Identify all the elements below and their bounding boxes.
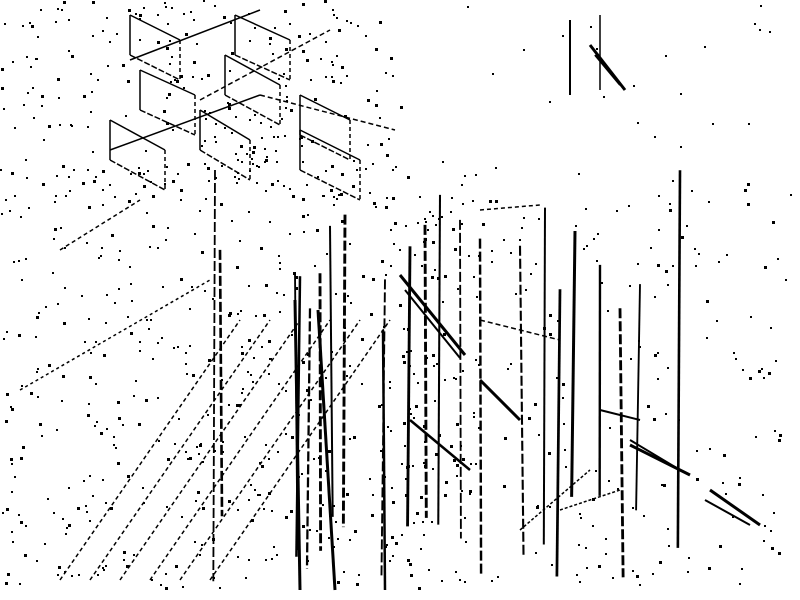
- edge-detected-street-scene: [0, 0, 800, 600]
- edge-map: [0, 0, 800, 600]
